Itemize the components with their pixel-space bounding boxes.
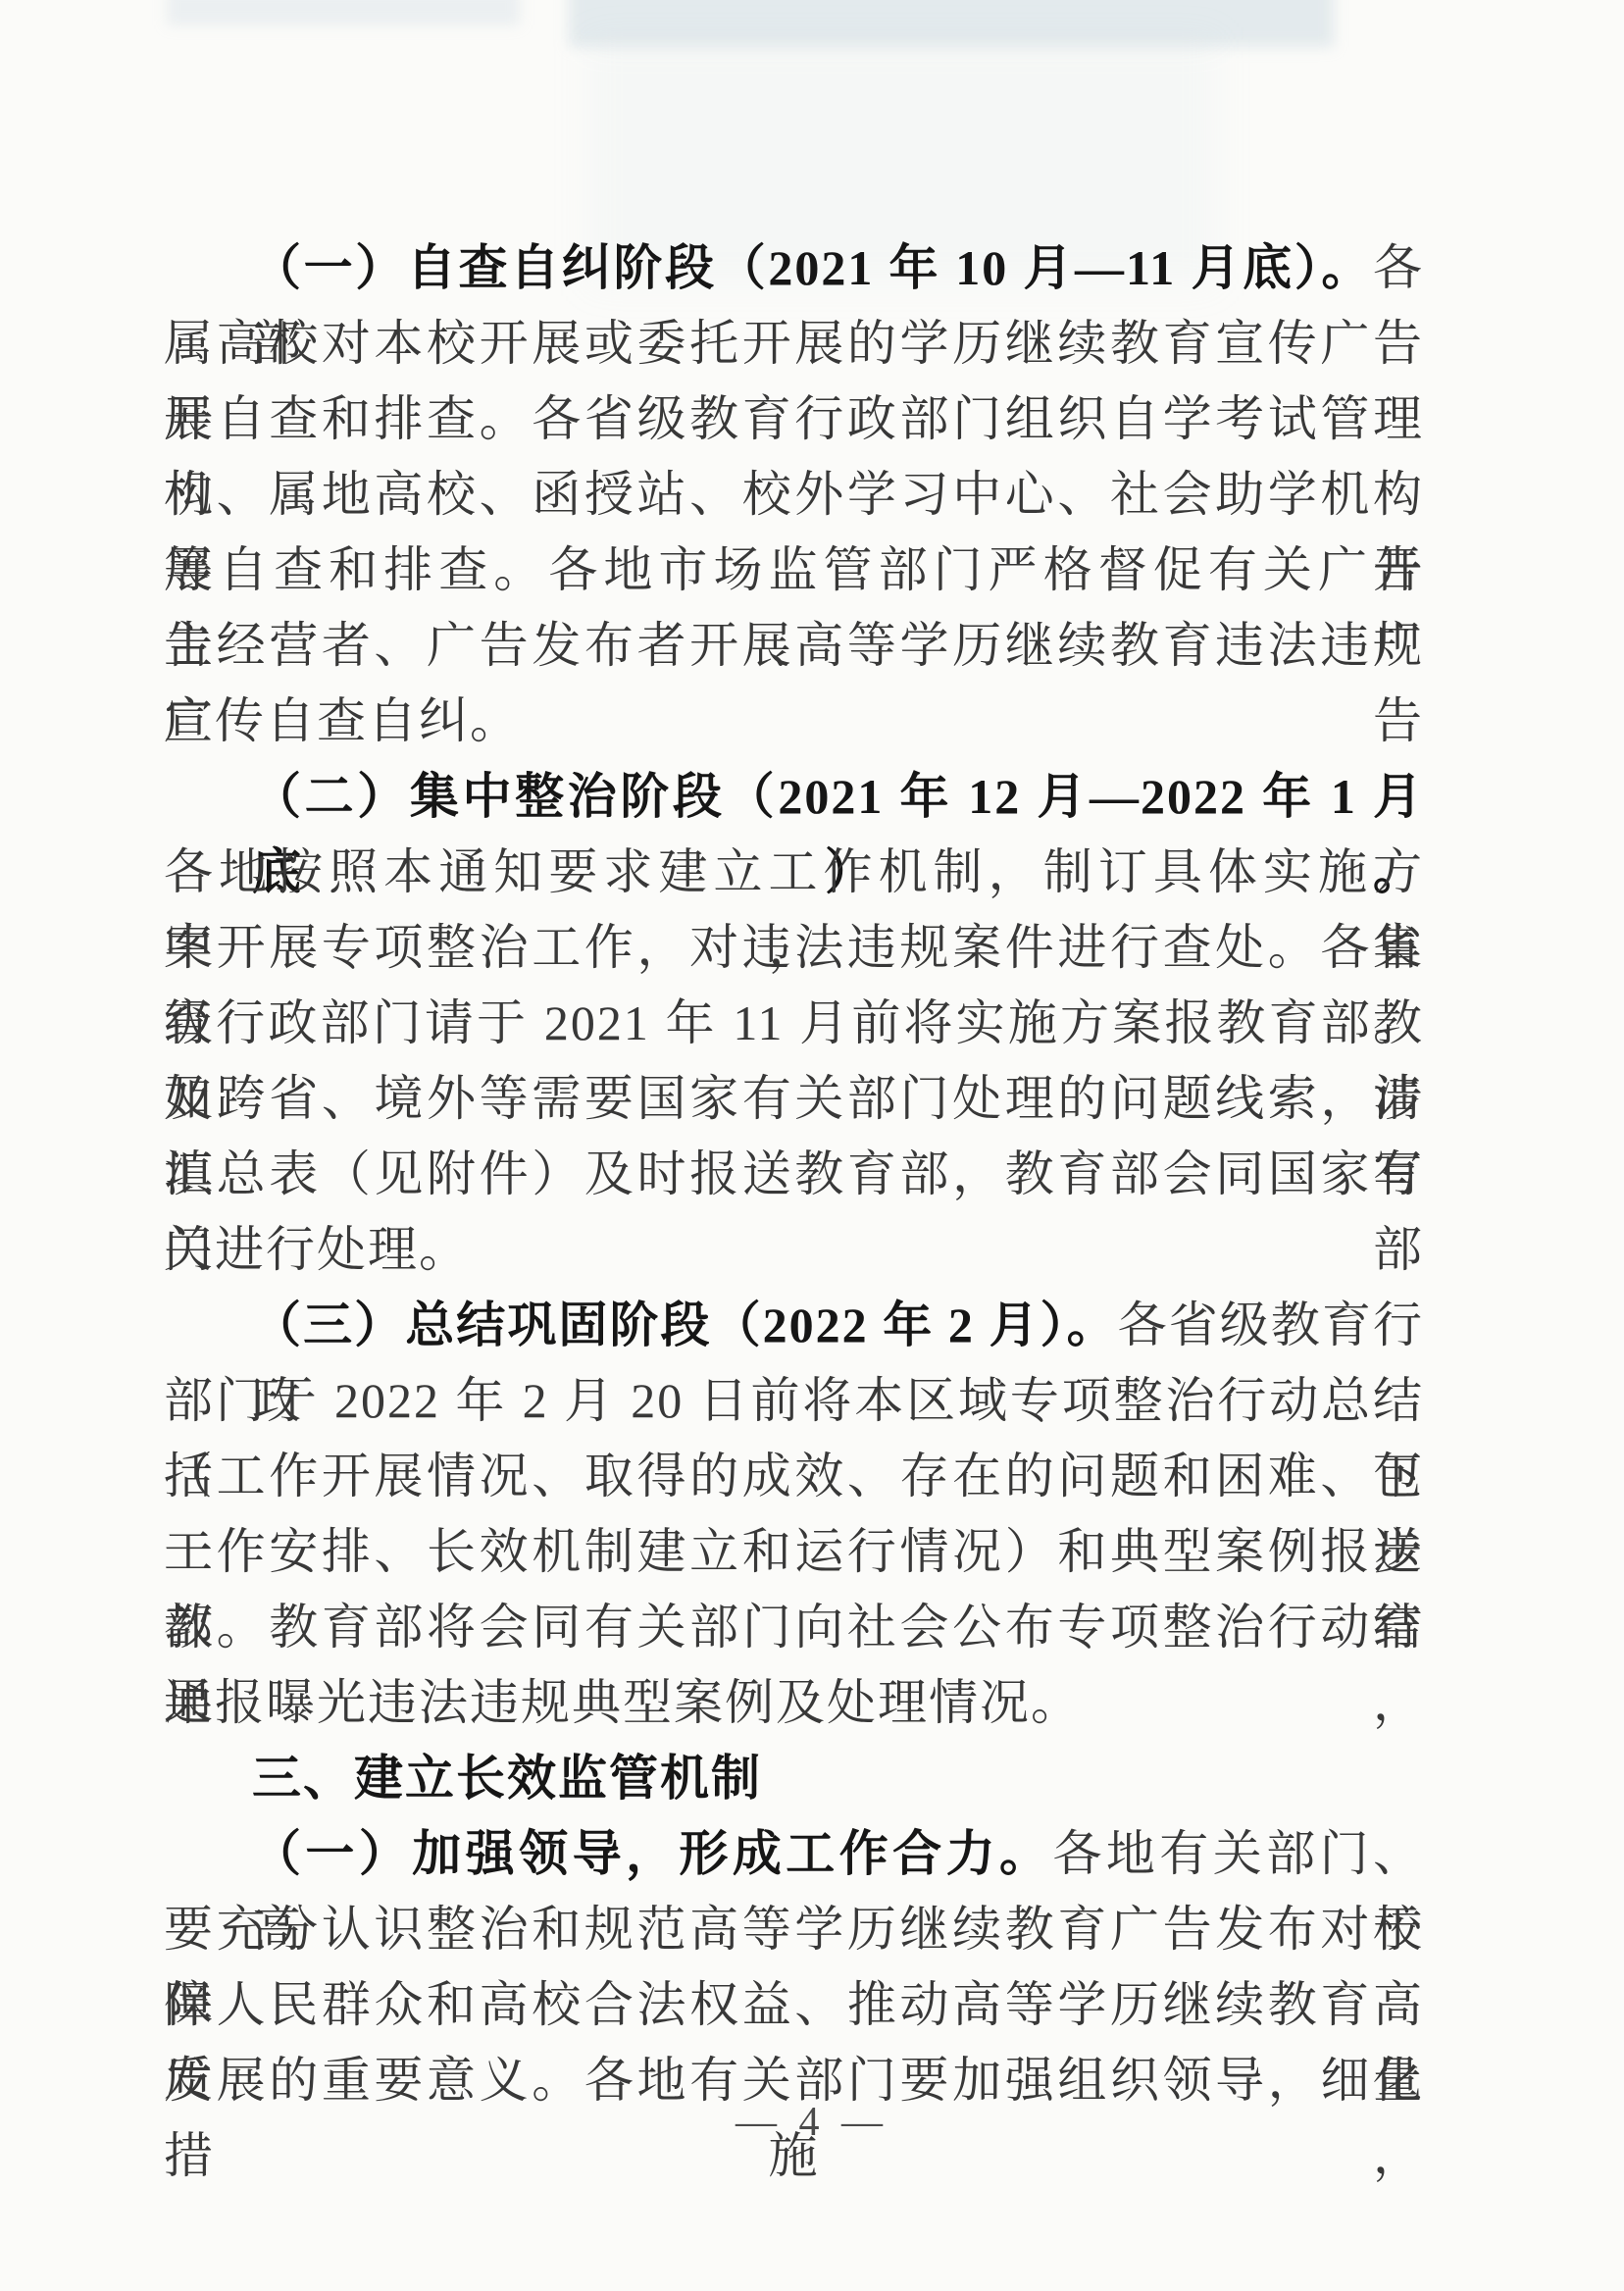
text-line: （一）自查自纠阶段（2021 年 10 月—11 月底）。各部 bbox=[164, 230, 1424, 306]
text-line: 障人民群众和高校合法权益、推动高等学历继续教育高质量 bbox=[164, 1967, 1424, 2043]
heading-run: （一）加强领导，形成工作合力。 bbox=[252, 1826, 1052, 1881]
heading-run: （三）总结巩固阶段（2022 年 2 月）。 bbox=[252, 1298, 1118, 1352]
body-run: 通报曝光违法违规典型案例及处理情况。 bbox=[164, 1675, 1082, 1730]
text-line: （一）加强领导，形成工作合力。各地有关部门、高校 bbox=[164, 1816, 1424, 1892]
body-run: 门进行处理。 bbox=[164, 1222, 470, 1277]
text-line: 部。教育部将会同有关部门向社会公布专项整治行动结果， bbox=[164, 1590, 1424, 1665]
scan-bleed-artifact bbox=[167, 0, 520, 25]
text-line: 及跨省、境外等需要国家有关部门处理的问题线索，请填写 bbox=[164, 1061, 1424, 1137]
text-line: 属高校对本校开展或委托开展的学历继续教育宣传广告开 bbox=[164, 306, 1424, 382]
document-page: （一）自查自纠阶段（2021 年 10 月—11 月底）。各部属高校对本校开展或… bbox=[0, 0, 1624, 2291]
text-line: 部门于 2022 年 2 月 20 日前将本区域专项整治行动总结（包 bbox=[164, 1363, 1424, 1439]
text-line: 展自查和排查。各省级教育行政部门组织自学考试管理机 bbox=[164, 382, 1424, 457]
text-line: 构、属地高校、函授站、校外学习中心、社会助学机构等开 bbox=[164, 457, 1424, 533]
text-line: 告经营者、广告发布者开展高等学历继续教育违法违规广告 bbox=[164, 608, 1424, 684]
text-line: 要充分认识整治和规范高等学历继续教育广告发布对于保 bbox=[164, 1892, 1424, 1967]
text-line: （三）总结巩固阶段（2022 年 2 月）。各省级教育行政 bbox=[164, 1288, 1424, 1363]
text-line: 各地按照本通知要求建立工作机制，制订具体实施方案，集 bbox=[164, 835, 1424, 910]
heading-run: 三、建立长效监管机制 bbox=[252, 1751, 762, 1806]
text-line: 三、建立长效监管机制 bbox=[164, 1741, 1424, 1816]
scan-bleed-artifact bbox=[569, 0, 1334, 47]
text-line: 中开展专项整治工作，对违法违规案件进行查处。各省级教 bbox=[164, 910, 1424, 986]
document-body: （一）自查自纠阶段（2021 年 10 月—11 月底）。各部属高校对本校开展或… bbox=[164, 230, 1424, 2118]
text-line: 汇总表（见附件）及时报送教育部，教育部会同国家有关部 bbox=[164, 1137, 1424, 1212]
text-line: 括工作开展情况、取得的成效、存在的问题和困难、下一步 bbox=[164, 1439, 1424, 1514]
heading-run: （一）自查自纠阶段（2021 年 10 月—11 月底）。 bbox=[252, 240, 1373, 295]
page-number: — 4 — bbox=[0, 2099, 1624, 2146]
text-line: （二）集中整治阶段（2021 年 12 月—2022 年 1 月底）。 bbox=[164, 759, 1424, 835]
text-line: 展自查和排查。各地市场监管部门严格督促有关广告主、广 bbox=[164, 533, 1424, 608]
body-run: 宣传自查自纠。 bbox=[164, 693, 521, 748]
text-line: 育行政部门请于 2021 年 11 月前将实施方案报教育部。如涉 bbox=[164, 986, 1424, 1061]
text-line: 工作安排、长效机制建立和运行情况）和典型案例报送教育 bbox=[164, 1514, 1424, 1590]
